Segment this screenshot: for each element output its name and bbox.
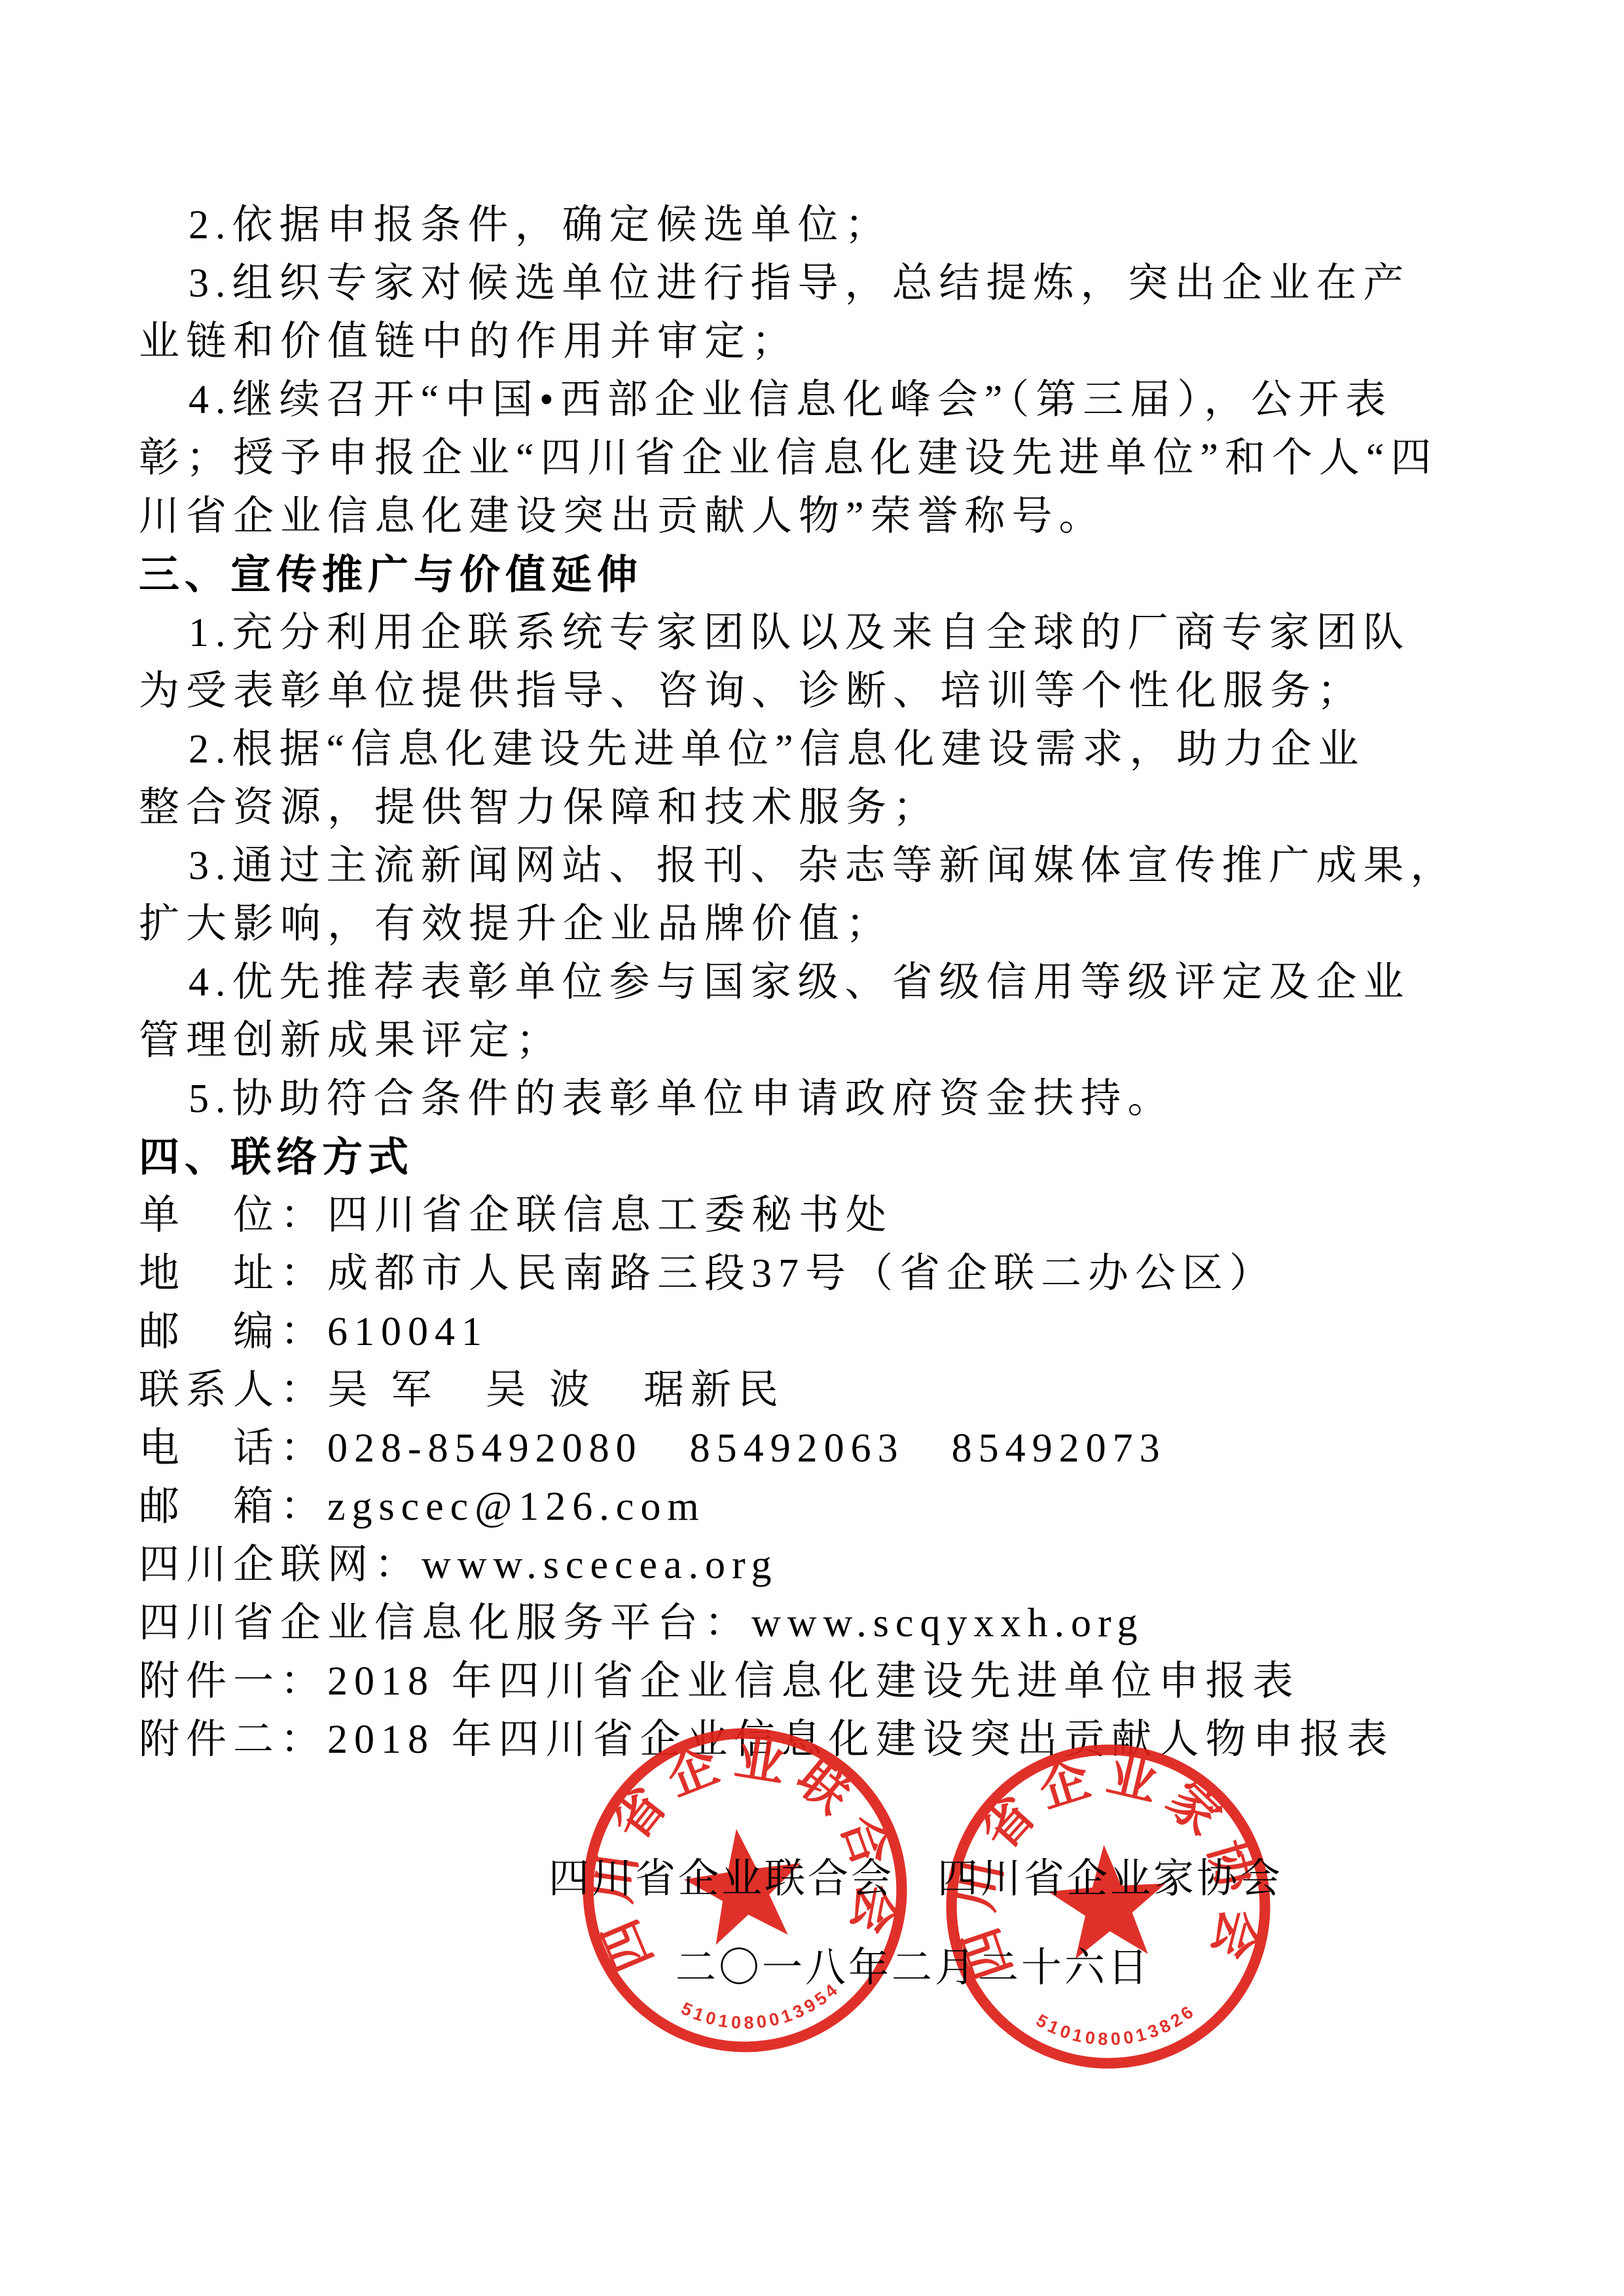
text-line: 为受表彰单位提供指导、咨询、诊断、培训等个性化服务； <box>139 662 1487 721</box>
section-heading-4: 四、联络方式 <box>139 1128 1487 1187</box>
text-line: 业链和价值链中的作用并审定； <box>139 313 1487 371</box>
document-page: 2.依据申报条件，确定候选单位； 3.组织专家对候选单位进行指导，总结提炼，突出… <box>0 0 1624 2296</box>
contact-phone-line: 电 话：028-85492080 85492063 85492073 <box>139 1420 1487 1478</box>
website-line: 四川企联网：www.scecea.org <box>139 1536 1487 1594</box>
text-line: 川省企业信息化建设突出贡献人物”荣誉称号。 <box>139 488 1487 546</box>
text-line: 彰；授予申报企业“四川省企业信息化建设先进单位”和个人“四 <box>139 429 1487 488</box>
section-heading-3: 三、宣传推广与价值延伸 <box>139 546 1487 604</box>
contact-person-line: 联系人：吴 军 吴 波 琚新民 <box>139 1361 1487 1420</box>
text-line: 1.充分利用企联系统专家团队以及来自全球的厂商专家团队 <box>139 604 1487 662</box>
text-line: 2.依据申报条件，确定候选单位； <box>139 196 1487 255</box>
platform-line: 四川省企业信息化服务平台：www.scqyxxh.org <box>139 1594 1487 1653</box>
text-line: 整合资源，提供智力保障和技术服务； <box>139 779 1487 837</box>
text-line: 3.通过主流新闻网站、报刊、杂志等新闻媒体宣传推广成果， <box>139 837 1487 895</box>
official-seal-right: 四川省企业家协会 5101080013826 <box>920 1718 1297 2095</box>
text-line: 4.优先推荐表彰单位参与国家级、省级信用等级评定及企业 <box>139 954 1487 1012</box>
contact-address-line: 地 址：成都市人民南路三段37号（省企联二办公区） <box>139 1245 1487 1303</box>
contact-unit-line: 单 位：四川省企联信息工委秘书处 <box>139 1187 1487 1245</box>
document-body: 2.依据申报条件，确定候选单位； 3.组织专家对候选单位进行指导，总结提炼，突出… <box>139 196 1487 1769</box>
text-line: 3.组织专家对候选单位进行指导，总结提炼，突出企业在产 <box>139 255 1487 313</box>
contact-email-line: 邮 箱：zgscec@126.com <box>139 1478 1487 1536</box>
text-line: 扩大影响，有效提升企业品牌价值； <box>139 895 1487 954</box>
text-line: 4.继续召开“中国•西部企业信息化峰会”（第三届），公开表 <box>139 371 1487 429</box>
text-line: 2.根据“信息化建设先进单位”信息化建设需求，助力企业 <box>139 721 1487 779</box>
signature-date: 二〇一八年二月二十六日 <box>676 1935 1151 1993</box>
text-line: 5.协助符合条件的表彰单位申请政府资金扶持。 <box>139 1070 1487 1128</box>
signature-organizations: 四川省企业联合会 四川省企业家协会 <box>549 1846 1283 1904</box>
text-line: 管理创新成果评定； <box>139 1012 1487 1070</box>
contact-zip-line: 邮 编：610041 <box>139 1303 1487 1361</box>
